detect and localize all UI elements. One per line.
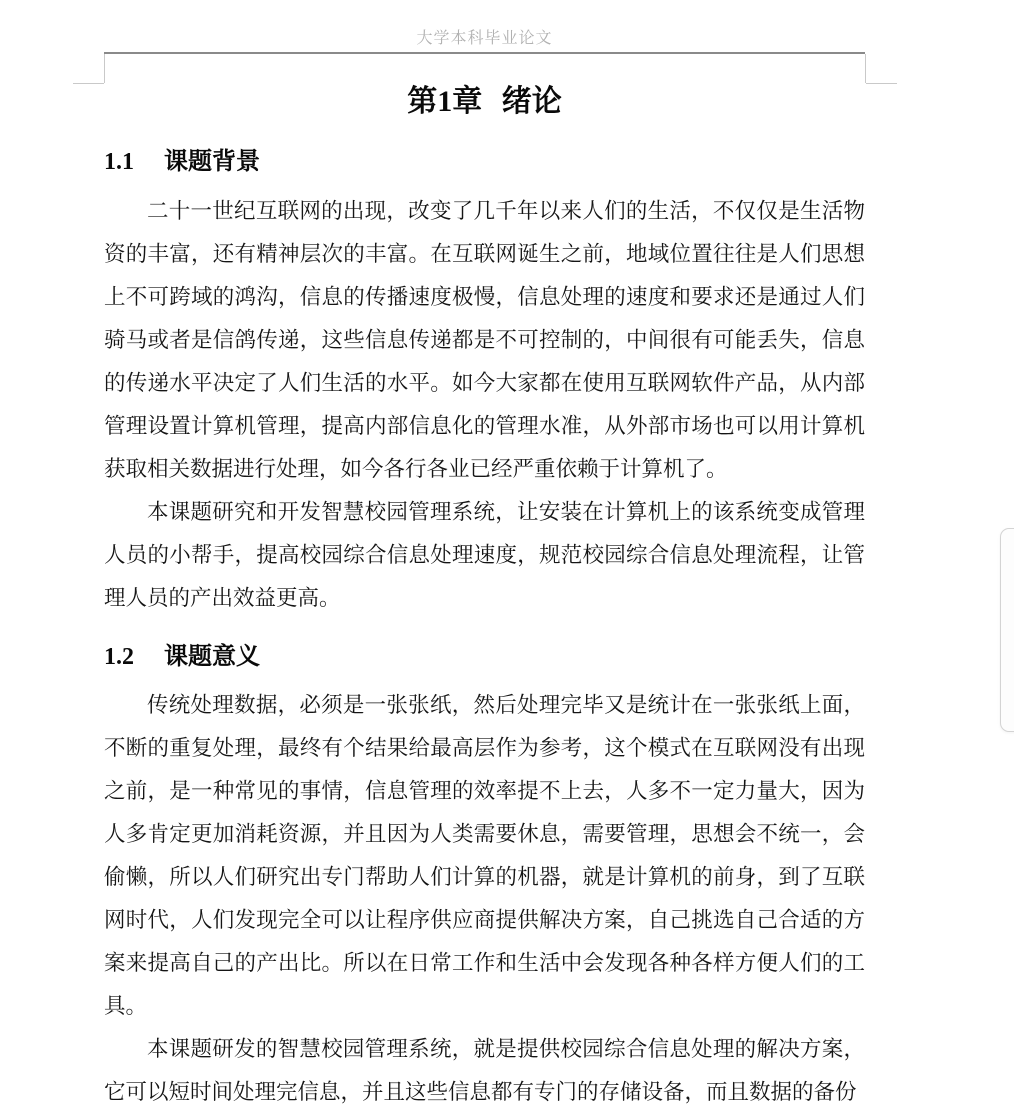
margin-crop-mark-left-vertical — [104, 54, 105, 83]
scrollbar-thumb[interactable] — [1000, 528, 1014, 732]
paragraph-significance-2: 本课题研发的智慧校园管理系统，就是提供校园综合信息处理的解决方案，它可以短时间处… — [104, 1028, 865, 1108]
section-heading-1-1: 1.1 课题背景 — [104, 146, 865, 178]
running-header-text: 大学本科毕业论文 — [104, 29, 865, 49]
paragraph-background-1: 二十一世纪互联网的出现，改变了几千年以来人们的生活，不仅仅是生活物资的丰富，还有… — [104, 190, 865, 491]
margin-crop-mark-right-horizontal — [866, 83, 897, 84]
paragraph-significance-1: 传统处理数据，必须是一张张纸，然后处理完毕又是统计在一张张纸上面，不断的重复处理… — [104, 684, 865, 1028]
section-heading-1-2: 1.2 课题意义 — [104, 641, 865, 673]
document-body: 第1章 绪论 1.1 课题背景 二十一世纪互联网的出现，改变了几千年以来人们的生… — [104, 82, 865, 1108]
chapter-title: 第1章 绪论 — [104, 82, 865, 122]
margin-crop-mark-left-horizontal — [73, 83, 104, 84]
paragraph-background-2: 本课题研究和开发智慧校园管理系统，让安装在计算机上的该系统变成管理人员的小帮手，… — [104, 491, 865, 620]
header-rule-line — [104, 52, 865, 54]
margin-crop-mark-right-vertical — [865, 54, 866, 83]
